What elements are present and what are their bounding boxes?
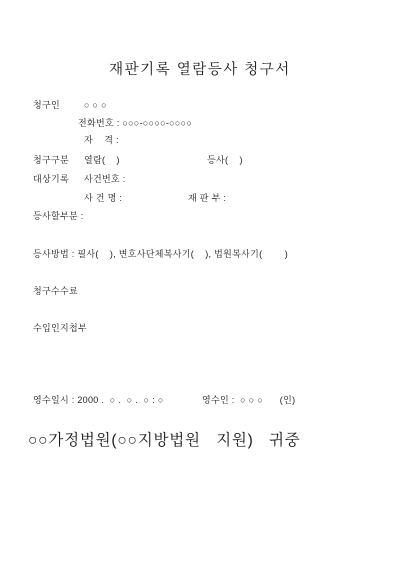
document-title: 재판기록 열람등사 청구서 [0,62,400,79]
target-record-court-panel: 재 판 부 : [188,192,226,204]
target-record-case-name: 사 건 명 : [84,192,122,204]
receipt-datetime-line: 영수일시 : 2000 . ○ . ○ . ○ : ○ [33,394,164,406]
recipient-court-line: ○○가정법원(○○지방법원 지원) 귀중 [28,431,301,450]
target-record-case-number: 사건번호 : [84,173,126,185]
request-type-label: 청구구분 [33,154,69,166]
request-type-inspect-field: 열람( ) [84,154,120,166]
receipt-receiver-line: 영수인 : ○ ○ ○ (인) [202,394,295,406]
claimant-value: ○ ○ ○ [84,99,107,111]
revenue-stamp-label: 수입인지첩부 [33,322,87,334]
claimant-phone-line: 전화번호 : ○○○-○○○○-○○○○ [78,117,192,129]
claimant-label: 청구인 [33,99,60,111]
document-page: 재판기록 열람등사 청구서 청구인 ○ ○ ○ 전화번호 : ○○○-○○○○-… [0,0,400,566]
copy-part-label: 등사할부분 : [33,210,84,222]
request-fee-label: 청구수수료 [33,285,78,297]
request-type-copy-field: 등사( ) [207,154,243,166]
copy-method-line: 등사방법 : 필사( ), 변호사단체복사기( ), 법원복사기( ) [33,248,288,260]
target-record-label: 대상기록 [33,173,69,185]
claimant-qualification-line: 자 격 : [84,134,119,146]
